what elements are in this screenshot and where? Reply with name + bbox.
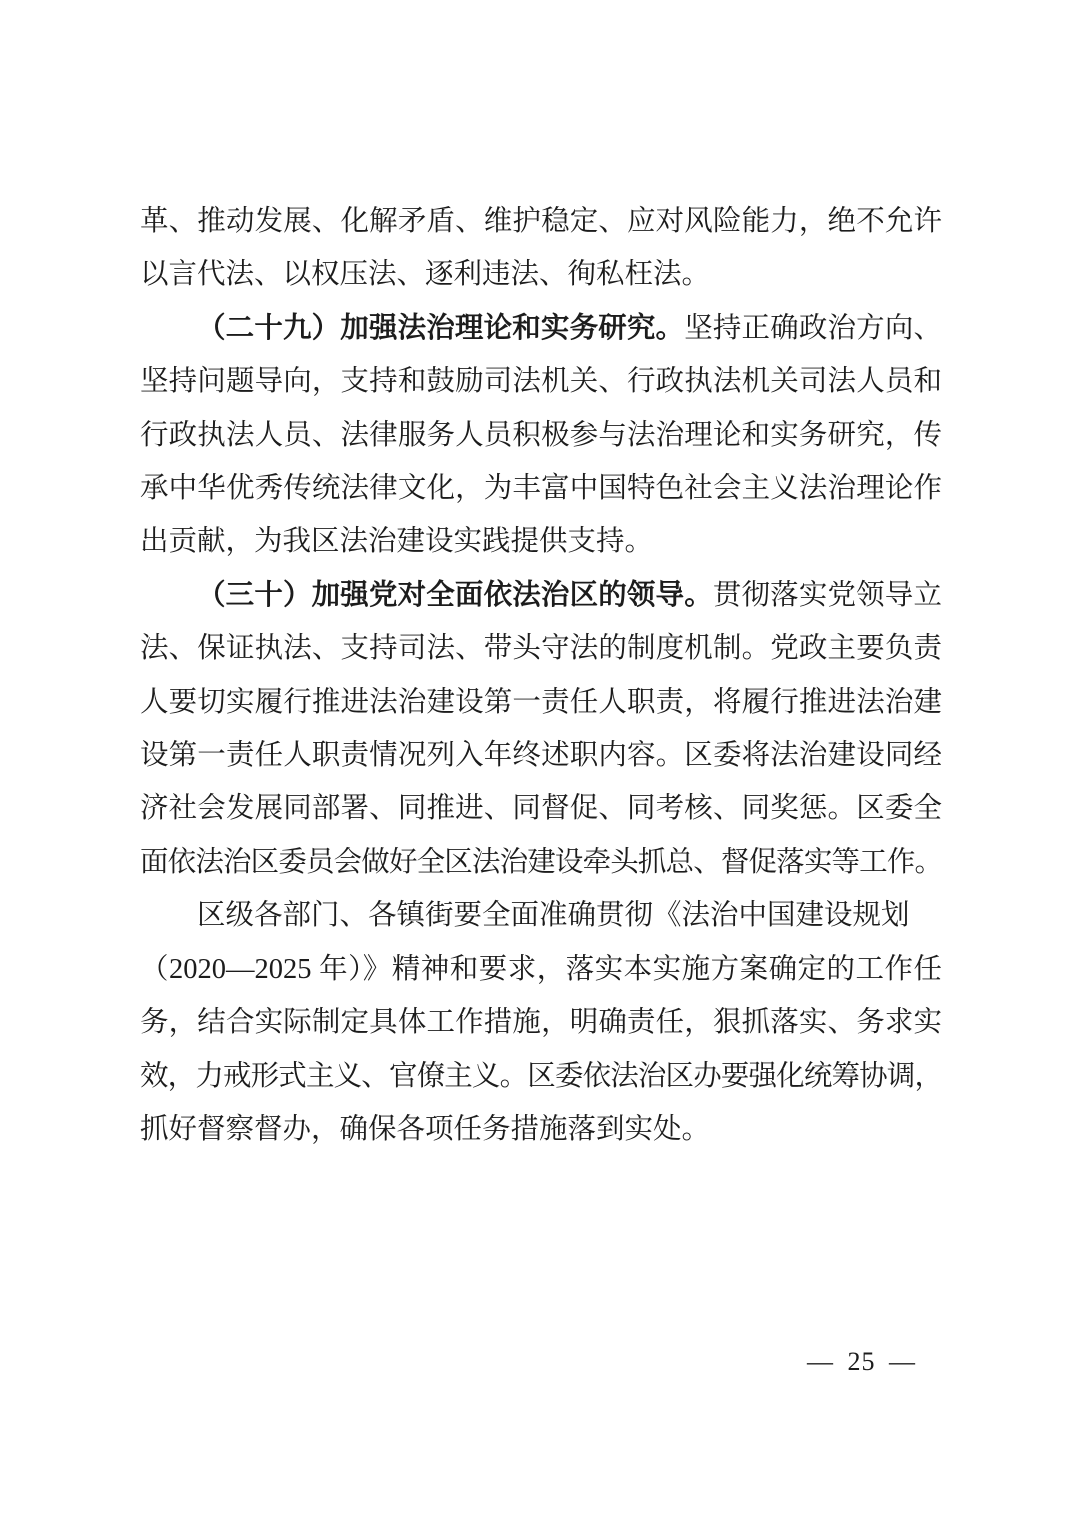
- text-line: 出贡献，为我区法治建设实践提供支持。: [140, 515, 942, 568]
- text-line: （2020—2025 年）》精神和要求，落实本实施方案确定的工作任: [140, 943, 942, 996]
- text-line: 以言代法、以权压法、逐利违法、徇私枉法。: [140, 248, 942, 301]
- text-run: 出贡献，为我区法治建设实践提供支持。: [140, 526, 653, 557]
- text-run: （2020—2025 年）》精神和要求，落实本实施方案确定的工作任: [140, 954, 942, 985]
- text-run: 贯彻落实党领导立: [713, 580, 942, 611]
- text-line: 抓好督察督办，确保各项任务措施落到实处。: [140, 1103, 942, 1156]
- section-heading: （三十）加强党对全面依法治区的领导。: [197, 580, 713, 611]
- text-run: 面依法治区委员会做好全区法治建设牵头抓总、督促落实等工作。: [140, 847, 942, 878]
- section-heading: （二十九）加强法治理论和实务研究。: [197, 313, 684, 344]
- text-run: 革、推动发展、化解矛盾、维护稳定、应对风险能力，绝不允许: [140, 206, 942, 237]
- text-run: 以言代法、以权压法、逐利违法、徇私枉法。: [140, 259, 710, 290]
- text-line: 坚持问题导向，支持和鼓励司法机关、行政执法机关司法人员和: [140, 355, 942, 408]
- text-line: 面依法治区委员会做好全区法治建设牵头抓总、督促落实等工作。: [140, 836, 942, 889]
- document-page: 革、推动发展、化解矛盾、维护稳定、应对风险能力，绝不允许以言代法、以权压法、逐利…: [0, 0, 1074, 1520]
- text-run: 设第一责任人职责情况列入年终述职内容。区委将法治建设同经: [140, 740, 942, 771]
- text-run: 法、保证执法、支持司法、带头守法的制度机制。党政主要负责: [140, 633, 942, 664]
- document-body: 革、推动发展、化解矛盾、维护稳定、应对风险能力，绝不允许以言代法、以权压法、逐利…: [140, 195, 942, 1156]
- text-run: 承中华优秀传统法律文化，为丰富中国特色社会主义法治理论作: [140, 473, 942, 504]
- text-run: 区级各部门、各镇街要全面准确贯彻《法治中国建设规划: [197, 900, 910, 931]
- text-line: 济社会发展同部署、同推进、同督促、同考核、同奖惩。区委全: [140, 782, 942, 835]
- text-line: 人要切实履行推进法治建设第一责任人职责，将履行推进法治建: [140, 676, 942, 729]
- text-line: 区级各部门、各镇街要全面准确贯彻《法治中国建设规划: [140, 889, 942, 942]
- text-run: 抓好督察督办，确保各项任务措施落到实处。: [140, 1114, 710, 1145]
- text-run: 务，结合实际制定具体工作措施，明确责任，狠抓落实、务求实: [140, 1007, 942, 1038]
- text-run: 行政执法人员、法律服务人员积极参与法治理论和实务研究，传: [140, 420, 942, 451]
- text-run: 人要切实履行推进法治建设第一责任人职责，将履行推进法治建: [140, 687, 942, 718]
- text-line: 革、推动发展、化解矛盾、维护稳定、应对风险能力，绝不允许: [140, 195, 942, 248]
- text-line: 效，力戒形式主义、官僚主义。区委依法治区办要强化统筹协调，: [140, 1050, 942, 1103]
- text-run: 坚持问题导向，支持和鼓励司法机关、行政执法机关司法人员和: [140, 366, 942, 397]
- text-line: 法、保证执法、支持司法、带头守法的制度机制。党政主要负责: [140, 622, 942, 675]
- text-line: （二十九）加强法治理论和实务研究。坚持正确政治方向、: [140, 302, 942, 355]
- text-line: 务，结合实际制定具体工作措施，明确责任，狠抓落实、务求实: [140, 996, 942, 1049]
- text-line: 承中华优秀传统法律文化，为丰富中国特色社会主义法治理论作: [140, 462, 942, 515]
- text-run: 济社会发展同部署、同推进、同督促、同考核、同奖惩。区委全: [140, 793, 942, 824]
- page-number: — 25 —: [807, 1344, 916, 1380]
- text-line: 行政执法人员、法律服务人员积极参与法治理论和实务研究，传: [140, 409, 942, 462]
- text-line: （三十）加强党对全面依法治区的领导。贯彻落实党领导立: [140, 569, 942, 622]
- text-line: 设第一责任人职责情况列入年终述职内容。区委将法治建设同经: [140, 729, 942, 782]
- text-run: 坚持正确政治方向、: [684, 313, 942, 344]
- text-run: 效，力戒形式主义、官僚主义。区委依法治区办要强化统筹协调，: [140, 1061, 942, 1092]
